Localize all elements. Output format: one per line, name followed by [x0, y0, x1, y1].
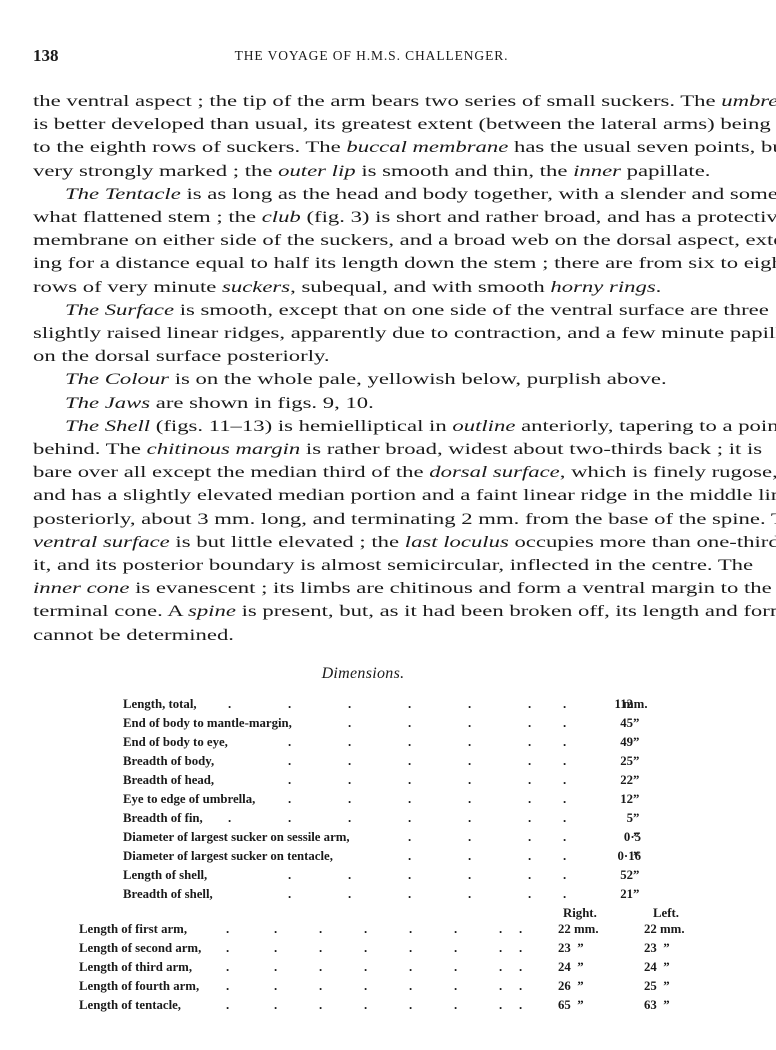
leader-dot: .: [563, 754, 566, 769]
leader-dot: .: [468, 830, 471, 845]
dimension-value: 52: [593, 868, 633, 883]
right-value: 24 ”: [558, 960, 584, 975]
dimension-value: 25: [593, 754, 633, 769]
dimension-unit: ”: [633, 849, 639, 864]
dimension-value: 49: [593, 735, 633, 750]
italic-term: suckers: [222, 279, 290, 296]
leader-dot: .: [348, 868, 351, 883]
leader-dot: .: [468, 868, 471, 883]
book-page: 138 THE VOYAGE OF H.M.S. CHALLENGER. the…: [0, 0, 776, 1050]
leader-dot: .: [364, 998, 367, 1013]
leader-dot: .: [409, 998, 412, 1013]
leader-dot: .: [408, 754, 411, 769]
dimension-unit: ”: [633, 735, 639, 750]
text-line: The Surface is smooth, except that on on…: [33, 299, 698, 322]
leader-dot: .: [468, 716, 471, 731]
arm-length-row: Length of tentacle,........65 ”63 ”: [79, 998, 719, 1018]
leader-dot: .: [454, 960, 457, 975]
leader-dot: .: [408, 735, 411, 750]
dimension-unit: ”: [633, 716, 639, 731]
dimension-unit: ”: [633, 792, 639, 807]
italic-term: dorsal surface: [429, 464, 559, 481]
leader-dot: .: [408, 811, 411, 826]
leader-dot: .: [408, 887, 411, 902]
leader-dot: .: [409, 960, 412, 975]
text-line: The Jaws are shown in figs. 9, 10.: [33, 392, 698, 415]
leader-dot: .: [468, 811, 471, 826]
leader-dot: .: [408, 830, 411, 845]
leader-dot: .: [226, 979, 229, 994]
text-line: behind. The chitinous margin is rather b…: [33, 438, 698, 461]
leader-dot: .: [468, 792, 471, 807]
leader-dot: .: [288, 773, 291, 788]
leader-dot: .: [226, 998, 229, 1013]
column-header-right: Right.: [563, 906, 597, 921]
dimension-row: Breadth of body,......25”: [123, 754, 683, 774]
dimension-label: Eye to edge of umbrella,: [123, 792, 255, 807]
italic-term: inner cone: [33, 580, 129, 597]
italic-term: last loculus: [405, 534, 509, 551]
leader-dot: .: [364, 922, 367, 937]
text-line: posteriorly, about 3 mm. long, and termi…: [33, 508, 698, 531]
leader-dot: .: [519, 922, 522, 937]
dimension-row: Length, total,.......112mm.: [123, 697, 683, 717]
leader-dot: .: [319, 922, 322, 937]
text-line: The Colour is on the whole pale, yellowi…: [33, 368, 698, 391]
leader-dot: .: [563, 773, 566, 788]
leader-dot: .: [528, 849, 531, 864]
leader-dot: .: [274, 998, 277, 1013]
leader-dot: .: [528, 773, 531, 788]
leader-dot: .: [528, 716, 531, 731]
dimension-label: Diameter of largest sucker on sessile ar…: [123, 830, 350, 845]
arm-label: Length of tentacle,: [79, 998, 181, 1013]
leader-dot: .: [499, 979, 502, 994]
leader-dot: .: [499, 941, 502, 956]
leader-dot: .: [408, 716, 411, 731]
leader-dot: .: [499, 960, 502, 975]
leader-dot: .: [274, 922, 277, 937]
leader-dot: .: [348, 754, 351, 769]
text-line: to the eighth rows of suckers. The bucca…: [33, 136, 698, 159]
leader-dot: .: [288, 697, 291, 712]
leader-dot: .: [563, 887, 566, 902]
italic-term: outer lip: [278, 163, 356, 180]
leader-dot: .: [468, 735, 471, 750]
arm-length-row: Length of first arm,........22 mm.22 mm.: [79, 922, 719, 942]
leader-dot: .: [348, 735, 351, 750]
leader-dot: .: [288, 811, 291, 826]
text-line: is better developed than usual, its grea…: [33, 113, 698, 136]
leader-dot: .: [288, 754, 291, 769]
leader-dot: .: [408, 697, 411, 712]
italic-term: The Tentacle: [65, 186, 181, 203]
text-line: rows of very minute suckers, subequal, a…: [33, 276, 698, 299]
dimension-value: 22: [593, 773, 633, 788]
leader-dot: .: [408, 792, 411, 807]
leader-dot: .: [468, 887, 471, 902]
arm-length-row: Length of third arm,........24 ”24 ”: [79, 960, 719, 980]
left-value: 25 ”: [644, 979, 670, 994]
italic-term: outline: [452, 418, 515, 435]
text-line: and has a slightly elevated median porti…: [33, 484, 698, 507]
arm-length-row: Length of second arm,........23 ”23 ”: [79, 941, 719, 961]
text-line: the ventral aspect ; the tip of the arm …: [33, 90, 698, 113]
dimension-unit: ”: [633, 868, 639, 883]
italic-term: chitinous margin: [147, 441, 301, 458]
running-title: THE VOYAGE OF H.M.S. CHALLENGER.: [33, 48, 710, 64]
text-line: The Tentacle is as long as the head and …: [33, 183, 698, 206]
text-line: inner cone is evanescent ; its limbs are…: [33, 577, 698, 600]
dimension-row: Breadth of fin,.......5”: [123, 811, 683, 831]
leader-dot: .: [348, 773, 351, 788]
dimension-label: Breadth of body,: [123, 754, 214, 769]
leader-dot: .: [528, 811, 531, 826]
leader-dot: .: [288, 792, 291, 807]
right-value: 65 ”: [558, 998, 584, 1013]
dimension-label: Breadth of head,: [123, 773, 214, 788]
dimension-row: End of body to eye,......49”: [123, 735, 683, 755]
leader-dot: .: [528, 868, 531, 883]
leader-dot: .: [409, 941, 412, 956]
leader-dot: .: [348, 697, 351, 712]
dimension-label: Length, total,: [123, 697, 197, 712]
dimension-label: Breadth of fin,: [123, 811, 203, 826]
leader-dot: .: [563, 792, 566, 807]
leader-dot: .: [228, 811, 231, 826]
leader-dot: .: [348, 792, 351, 807]
right-value: 23 ”: [558, 941, 584, 956]
leader-dot: .: [499, 998, 502, 1013]
dimension-unit: ”: [633, 830, 639, 845]
dimensions-heading-text: Dimensions.: [322, 665, 405, 682]
leader-dot: .: [528, 887, 531, 902]
text-line: what flattened stem ; the club (fig. 3) …: [33, 206, 698, 229]
leader-dot: .: [408, 773, 411, 788]
leader-dot: .: [563, 868, 566, 883]
text-line: ventral surface is but little elevated ;…: [33, 531, 698, 554]
leader-dot: .: [274, 960, 277, 975]
dimension-value: 5: [593, 811, 633, 826]
left-value: 23 ”: [644, 941, 670, 956]
text-line: very strongly marked ; the outer lip is …: [33, 160, 698, 183]
body-text: the ventral aspect ; the tip of the arm …: [33, 90, 698, 647]
leader-dot: .: [519, 960, 522, 975]
leader-dot: .: [519, 941, 522, 956]
italic-term: ventral surface: [33, 534, 170, 551]
dimension-row: End of body to mantle-margin,.....45”: [123, 716, 683, 736]
arm-label: Length of second arm,: [79, 941, 201, 956]
column-header-left: Left.: [653, 906, 679, 921]
leader-dot: .: [468, 849, 471, 864]
leader-dot: .: [528, 697, 531, 712]
leader-dot: .: [519, 979, 522, 994]
dimension-unit: ”: [633, 773, 639, 788]
leader-dot: .: [499, 922, 502, 937]
dimension-row: Diameter of largest sucker on sessile ar…: [123, 830, 683, 850]
dimension-row: Breadth of shell,......21”: [123, 887, 683, 907]
dimension-value: 12: [593, 792, 633, 807]
italic-term: inner: [573, 163, 621, 180]
italic-term: spine: [188, 603, 236, 620]
leader-dot: .: [348, 887, 351, 902]
leader-dot: .: [288, 735, 291, 750]
text-line: membrane on either side of the suckers, …: [33, 229, 698, 252]
leader-dot: .: [319, 960, 322, 975]
leader-dot: .: [319, 979, 322, 994]
leader-dot: .: [528, 754, 531, 769]
leader-dot: .: [288, 887, 291, 902]
leader-dot: .: [274, 979, 277, 994]
dimension-value: 21: [593, 887, 633, 902]
dimensions-heading: Dimensions.: [0, 665, 776, 683]
dimension-row: Eye to edge of umbrella,......12”: [123, 792, 683, 812]
text-line: The Shell (figs. 11–13) is hemielliptica…: [33, 415, 698, 438]
italic-term: umbrella: [721, 93, 776, 110]
dimension-value: 45: [593, 716, 633, 731]
italic-term: The Colour: [65, 371, 169, 388]
italic-term: buccal membrane: [346, 139, 508, 156]
leader-dot: .: [364, 960, 367, 975]
leader-dot: .: [519, 998, 522, 1013]
leader-dot: .: [468, 754, 471, 769]
right-value: 26 ”: [558, 979, 584, 994]
leader-dot: .: [226, 922, 229, 937]
left-value: 22 mm.: [644, 922, 685, 937]
leader-dot: .: [454, 922, 457, 937]
leader-dot: .: [528, 735, 531, 750]
leader-dot: .: [528, 792, 531, 807]
leader-dot: .: [563, 849, 566, 864]
dimension-unit: ”: [633, 811, 639, 826]
leader-dot: .: [409, 922, 412, 937]
leader-dot: .: [274, 941, 277, 956]
text-line: ing for a distance equal to half its len…: [33, 252, 698, 275]
dimension-row: Length of shell,......52”: [123, 868, 683, 888]
dimension-row: Diameter of largest sucker on tentacle,.…: [123, 849, 683, 869]
leader-dot: .: [319, 941, 322, 956]
leader-dot: .: [454, 998, 457, 1013]
leader-dot: .: [563, 716, 566, 731]
dimension-label: Breadth of shell,: [123, 887, 213, 902]
dimension-label: End of body to eye,: [123, 735, 228, 750]
dimension-label: Length of shell,: [123, 868, 207, 883]
dimension-unit: ”: [633, 754, 639, 769]
leader-dot: .: [454, 941, 457, 956]
leader-dot: .: [563, 830, 566, 845]
leader-dot: .: [408, 849, 411, 864]
leader-dot: .: [319, 998, 322, 1013]
dimension-unit: ”: [633, 887, 639, 902]
text-line: slightly raised linear ridges, apparentl…: [33, 322, 698, 345]
running-header: 138 THE VOYAGE OF H.M.S. CHALLENGER.: [33, 46, 710, 66]
left-value: 24 ”: [644, 960, 670, 975]
dimension-row: Breadth of head,......22”: [123, 773, 683, 793]
dimension-label: End of body to mantle-margin,: [123, 716, 292, 731]
leader-dot: .: [226, 960, 229, 975]
italic-term: club: [262, 209, 301, 226]
leader-dot: .: [226, 941, 229, 956]
arm-label: Length of third arm,: [79, 960, 192, 975]
leader-dot: .: [528, 830, 531, 845]
leader-dot: .: [228, 697, 231, 712]
text-line: it, and its posterior boundary is almost…: [33, 554, 698, 577]
leader-dot: .: [288, 868, 291, 883]
leader-dot: .: [563, 697, 566, 712]
italic-term: horny rings: [550, 279, 655, 296]
leader-dot: .: [468, 773, 471, 788]
arm-label: Length of fourth arm,: [79, 979, 199, 994]
leader-dot: .: [454, 979, 457, 994]
leader-dot: .: [563, 735, 566, 750]
leader-dot: .: [348, 811, 351, 826]
arm-length-row: Length of fourth arm,........26 ”25 ”: [79, 979, 719, 999]
text-line: on the dorsal surface posteriorly.: [33, 345, 698, 368]
leader-dot: .: [364, 979, 367, 994]
right-value: 22 mm.: [558, 922, 599, 937]
left-value: 63 ”: [644, 998, 670, 1013]
arm-label: Length of first arm,: [79, 922, 187, 937]
dimension-unit: mm.: [623, 697, 648, 712]
leader-dot: .: [348, 716, 351, 731]
text-line: cannot be determined.: [33, 624, 698, 647]
leader-dot: .: [408, 868, 411, 883]
italic-term: The Jaws: [65, 395, 150, 412]
leader-dot: .: [563, 811, 566, 826]
dimension-label: Diameter of largest sucker on tentacle,: [123, 849, 333, 864]
leader-dot: .: [364, 941, 367, 956]
text-line: terminal cone. A spine is present, but, …: [33, 600, 698, 623]
italic-term: The Shell: [65, 418, 150, 435]
text-line: bare over all except the median third of…: [33, 461, 698, 484]
italic-term: The Surface: [65, 302, 174, 319]
leader-dot: .: [468, 697, 471, 712]
leader-dot: .: [409, 979, 412, 994]
